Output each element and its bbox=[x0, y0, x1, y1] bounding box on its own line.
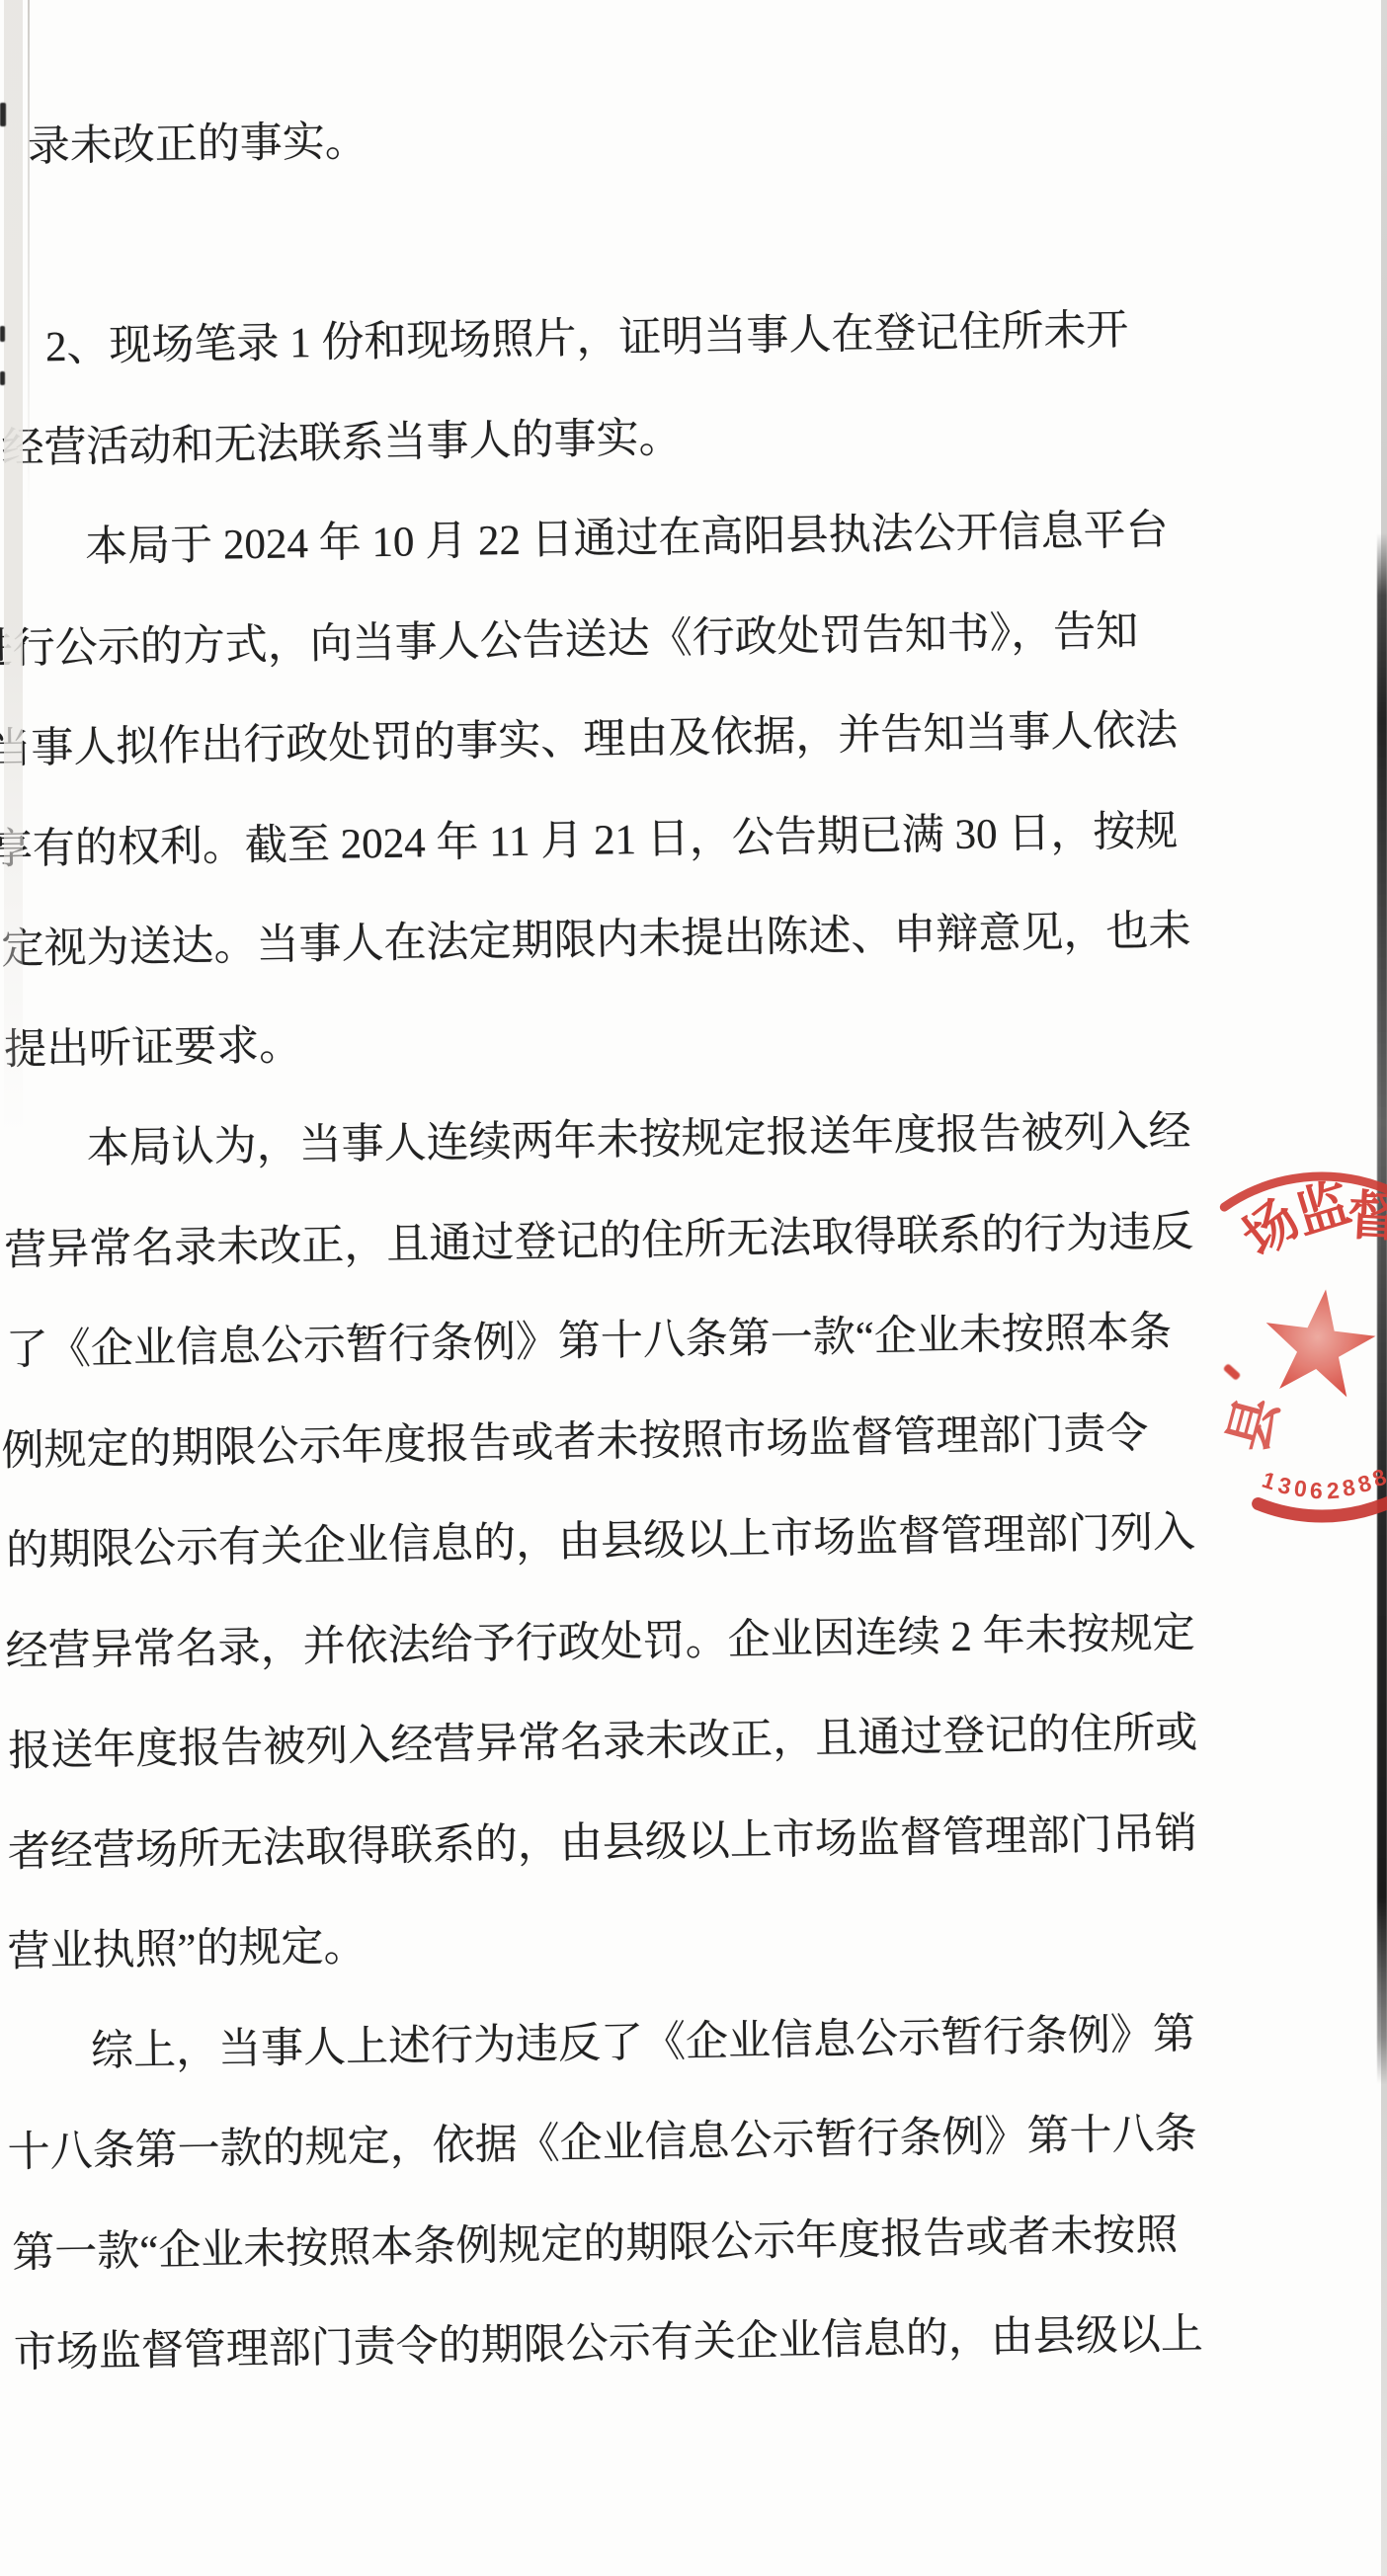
document-line: 提出听证要求。 bbox=[3, 981, 1260, 1100]
document-line: 本局于 2024 年 10 月 22 日通过在高阳县执法公开信息平台 bbox=[84, 479, 1252, 598]
document-line: 者经营场所无法取得联系的，由县级以上市场监督管理部门吊销 bbox=[7, 1782, 1272, 1902]
document-line: 享有的权利。截至 2024 年 11 月 21 日，公告期已满 30 日，按规 bbox=[0, 780, 1258, 901]
blank-line bbox=[2, 179, 1248, 298]
official-seal: 场 监 督 县 13062888 bbox=[1136, 1163, 1387, 1558]
document-line: 营异常名录未改正，且通过登记的住所无法取得联系的行为违反 bbox=[4, 1181, 1264, 1301]
seal-code-digit: 6 bbox=[1310, 1478, 1324, 1504]
scan-edge-line-left bbox=[28, 0, 30, 514]
document-line: 营业执照”的规定。 bbox=[7, 1883, 1274, 2003]
document-line: 第一款“企业未按照本条例规定的期限公示年度报告或者未按照 bbox=[11, 2183, 1278, 2303]
seal-code-digit: 2 bbox=[1326, 1477, 1341, 1504]
document-line: 经营活动和无法联系当事人的事实。 bbox=[1, 379, 1251, 499]
document-line: 十八条第一款的规定，依据《企业信息公示暂行条例》第十八条 bbox=[7, 2083, 1277, 2204]
document-line: 本局认为，当事人连续两年未按规定报送年度报告被列入经 bbox=[86, 1081, 1262, 1199]
document-line: 定视为送达。当事人在法定期限内未提出陈述、申辩意见，也未 bbox=[1, 880, 1259, 1000]
document-line: 经营异常名录，并依法给予行政处罚。企业因连续 2 年未按规定 bbox=[5, 1582, 1269, 1703]
document-text-block: 录未改正的事实。 2、现场笔录 1 份和现场照片，证明当事人在登记住所未开 经营… bbox=[0, 78, 1281, 2403]
document-line: 录未改正的事实。 bbox=[27, 78, 1246, 198]
scanned-document-page: 录未改正的事实。 2、现场笔录 1 份和现场照片，证明当事人在登记住所未开 经营… bbox=[0, 0, 1387, 2576]
document-line: 了《企业信息公示暂行条例》第十八条第一款“企业未按照本条 bbox=[5, 1281, 1265, 1401]
document-line: 的期限公示有关企业信息的，由县级以上市场监督管理部门列入 bbox=[5, 1482, 1267, 1602]
document-line: 市场监督管理部门责令的期限公示有关企业信息的，由县级以上 bbox=[13, 2284, 1280, 2404]
scan-smudge bbox=[0, 326, 5, 342]
scan-smudge bbox=[0, 371, 5, 385]
document-line: 例规定的期限公示年度报告或者未按照市场监督管理部门责令 bbox=[1, 1382, 1266, 1502]
document-line: 2、现场笔录 1 份和现场照片，证明当事人在登记住所未开 bbox=[44, 279, 1249, 398]
document-line: 当事人拟作出行政处罚的事实、理由及依据，并告知当事人依法 bbox=[0, 680, 1256, 800]
document-line: 报送年度报告被列入经营异常名录未改正，且通过登记的住所或 bbox=[8, 1682, 1271, 1803]
scan-gutter-shadow-left bbox=[4, 0, 23, 1136]
seal-text-char: 督 bbox=[1346, 1189, 1387, 1246]
document-line: 综上，当事人上述行为违反了《企业信息公示暂行条例》第 bbox=[90, 1982, 1275, 2101]
scan-smudge bbox=[0, 103, 6, 126]
